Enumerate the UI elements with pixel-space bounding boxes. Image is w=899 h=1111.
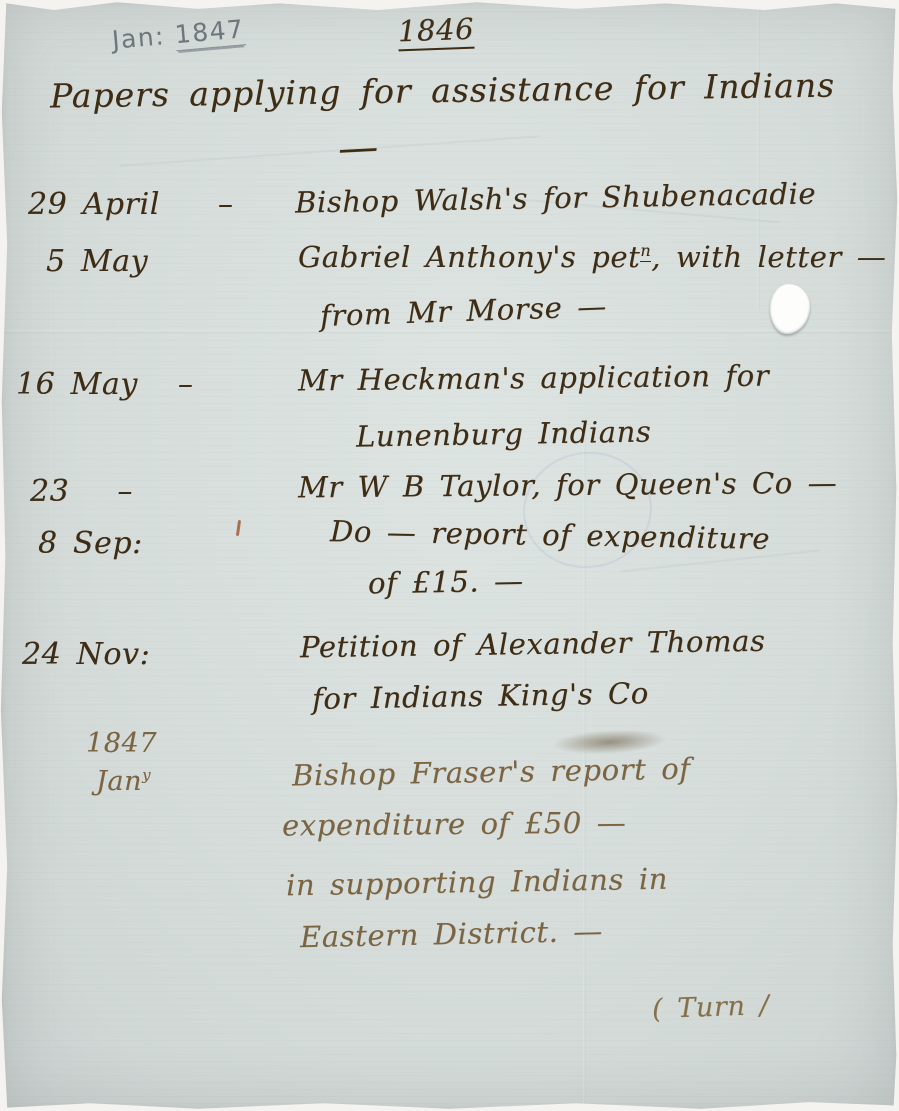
entry-date-text: 23: [30, 474, 69, 509]
year-heading: 1846: [397, 15, 474, 52]
entry-text-line: Bishop Walsh's for Shubenacadie: [295, 179, 817, 217]
paper-crease-horizontal: [0, 330, 899, 333]
entry-date-dash: –: [178, 370, 194, 400]
red-ink-mark: [236, 520, 241, 536]
entry-text-line: Do — report of expenditure: [330, 517, 771, 554]
title-underline-dash: —: [337, 127, 380, 169]
entry-date: 8 Sep:: [38, 529, 143, 559]
entry-text-segment: Gabriel Anthony's pet: [298, 240, 640, 274]
entry-date: 23–: [30, 477, 133, 507]
paper-hole: [770, 284, 810, 334]
entry-text-segment: , with letter —: [651, 240, 886, 274]
superscript-abbreviation: y: [142, 766, 151, 785]
entry-text-line: Bishop Fraser's report of: [292, 755, 691, 791]
entry-text-line: of £15. —: [368, 567, 524, 599]
entry-text-line: Petition of Alexander Thomas: [300, 627, 766, 662]
entry-text-line: Lunenburg Indians: [356, 417, 652, 451]
entry-year: 1847: [86, 730, 157, 757]
pencil-month: Jan:: [111, 21, 166, 55]
entry-date-text: 16 May: [16, 367, 138, 402]
entry-text-line: from Mr Morse —: [320, 292, 608, 331]
entry-date: Jany: [96, 768, 151, 795]
entry-text-line: Mr W B Taylor, for Queen's Co —: [298, 469, 837, 503]
entry-date-text: Jan: [96, 766, 142, 797]
entry-date: 24 Nov:: [22, 640, 150, 670]
entry-text-line: Eastern District. —: [300, 917, 603, 952]
entry-date: 5 May: [46, 247, 148, 277]
pencil-year: 1847: [174, 14, 246, 51]
scanned-page-background: Jan:1847 1846 Papers applying for assist…: [0, 0, 899, 1111]
entry-text-line: for Indians King's Co: [312, 679, 649, 714]
entry-text-line: Mr Heckman's application for: [298, 362, 769, 396]
entry-date-dash: –: [117, 477, 133, 507]
show-through-mark: [120, 135, 539, 166]
superscript-abbreviation: n: [640, 241, 651, 262]
entry-date: 29 April–: [28, 190, 234, 220]
entry-date-dash: –: [218, 190, 234, 220]
embossed-stamp: [516, 444, 660, 577]
entry-date: 16 May–: [16, 370, 193, 400]
entry-text-line: in supporting Indians in: [286, 865, 668, 901]
entry-date-text: 29 April: [28, 187, 160, 222]
page-title: Papers applying for assistance for India…: [50, 69, 835, 113]
pencil-annotation: Jan:1847: [111, 14, 246, 56]
turn-note: ( Turn /: [652, 992, 770, 1023]
manuscript-paper: Jan:1847 1846 Papers applying for assist…: [0, 0, 899, 1111]
entry-text-line: Gabriel Anthony's petn, with letter —: [298, 243, 886, 272]
entry-text-line: expenditure of £50 —: [282, 808, 627, 840]
